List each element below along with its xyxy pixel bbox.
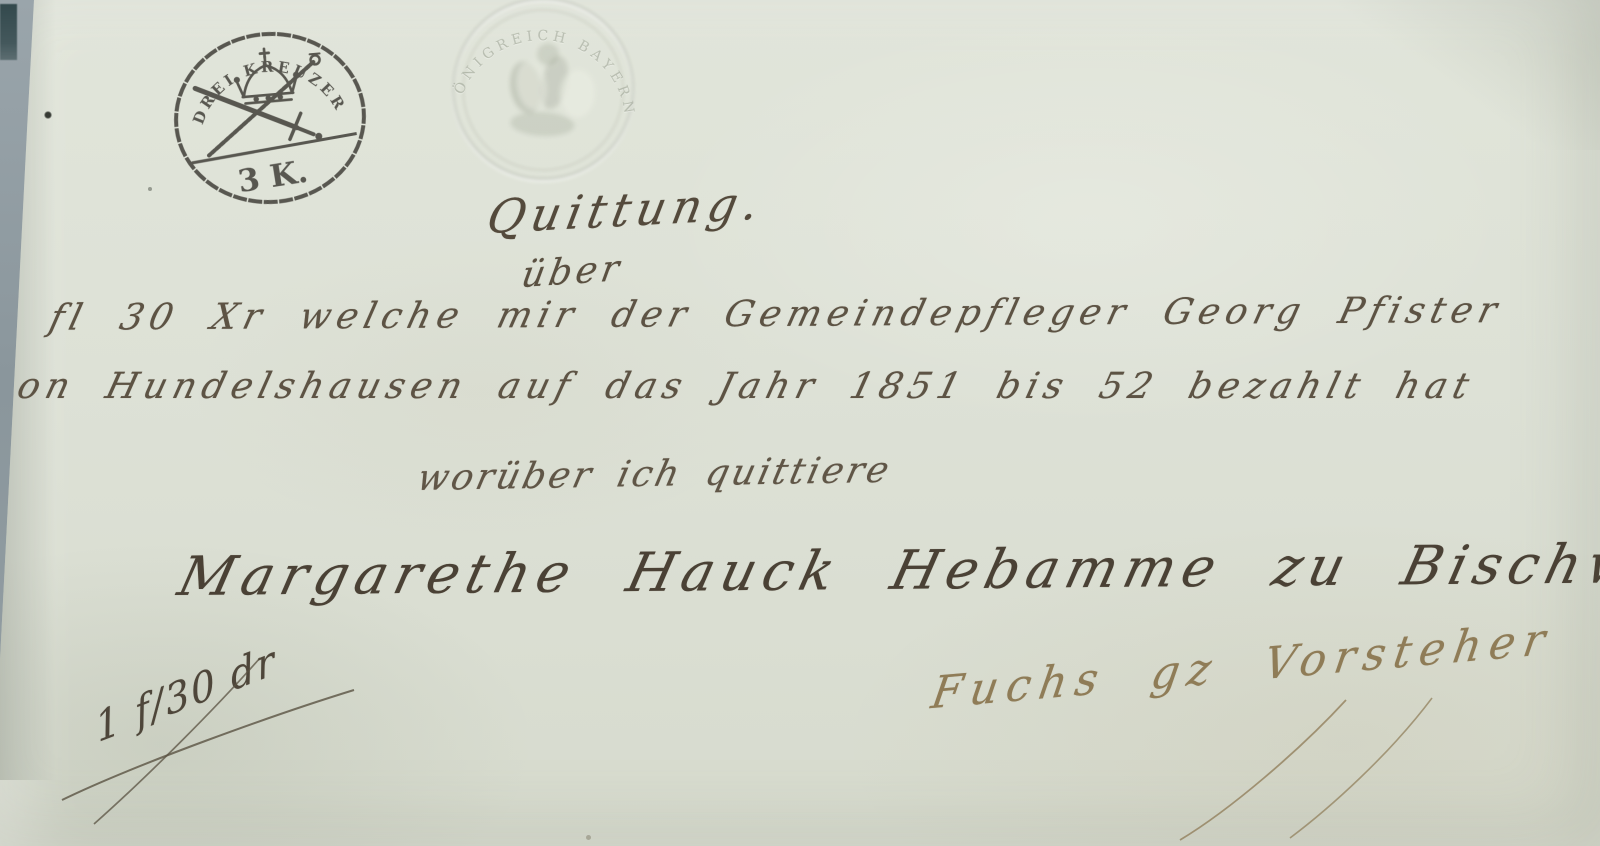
handwriting-receipt-clause: worüber ich quittiere — [413, 450, 896, 499]
ink-speck — [44, 111, 52, 119]
handwriting-preposition: über — [518, 248, 626, 297]
embossed-seal: KÖNIGREICH BAYERN — [423, 0, 664, 204]
embossed-seal-icon: KÖNIGREICH BAYERN — [423, 0, 664, 204]
amount-flourish-icon — [36, 636, 376, 836]
handwriting-body-line-2: von Hundelshausen auf das Jahr 1851 bis … — [0, 366, 1479, 407]
revenue-stamp: DREI KREUZER — [160, 11, 380, 224]
handwriting-signature: Margarethe Hauck Hebamme zu Bischwind — [172, 531, 1600, 608]
scanned-document: DREI KREUZER — [0, 0, 1600, 846]
countersign-flourish-icon — [1140, 690, 1460, 846]
handwriting-body-line-1: 1 fl 30 Xr welche mir der Gemeindepflege… — [0, 290, 1507, 339]
paper-sheet: DREI KREUZER — [0, 0, 1600, 846]
scan-backdrop-corner — [0, 4, 17, 60]
ink-speck — [586, 835, 591, 840]
paper-top-right-crease — [1320, 0, 1600, 150]
ink-speck — [148, 187, 152, 191]
revenue-stamp-icon: DREI KREUZER — [160, 11, 380, 224]
stamp-denomination: 3 K. — [236, 154, 311, 201]
